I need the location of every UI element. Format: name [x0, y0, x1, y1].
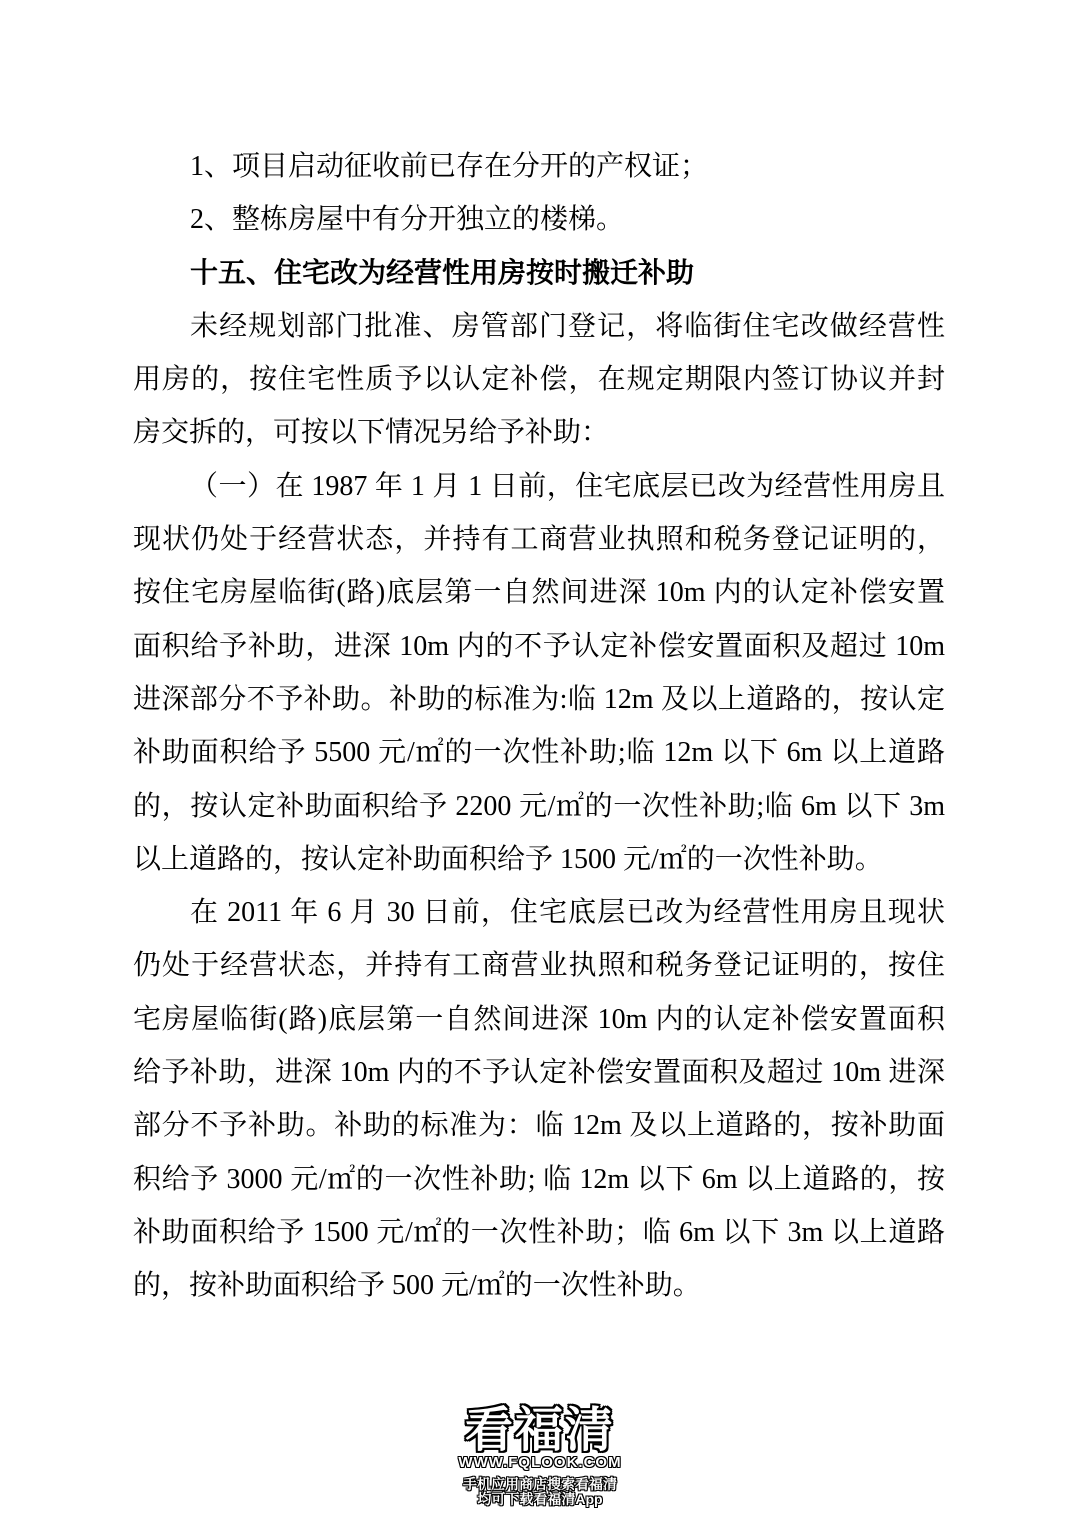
paragraph-2-line-4: 面积给予补助，进深 10m 内的不予认定补偿安置面积及超过 10m	[133, 620, 945, 673]
site-watermark: 看福清 WWW.FQLOOK.COM 手机应用商店搜索看福清 均可下载看福清Ap…	[0, 1406, 1080, 1507]
paragraph-3-line-7: 补助面积给予 1500 元/㎡的一次性补助；临 6m 以下 3m 以上道路	[133, 1206, 945, 1259]
paragraph-2-line-8: 以上道路的，按认定补助面积给予 1500 元/㎡的一次性补助。	[133, 833, 945, 886]
list-item-2: 2、整栋房屋中有分开独立的楼梯。	[133, 193, 945, 246]
list-item-1: 1、项目启动征收前已存在分开的产权证；	[133, 140, 945, 193]
paragraph-3-line-4: 给予补助，进深 10m 内的不予认定补偿安置面积及超过 10m 进深	[133, 1046, 945, 1099]
paragraph-1-line-3: 房交拆的，可按以下情况另给予补助：	[133, 406, 945, 459]
paragraph-2-line-5: 进深部分不予补助。补助的标准为:临 12m 及以上道路的，按认定	[133, 673, 945, 726]
watermark-tagline-1: 手机应用商店搜索看福清	[0, 1477, 1080, 1492]
paragraph-2-line-2: 现状仍处于经营状态，并持有工商营业执照和税务登记证明的，	[133, 513, 945, 566]
document-body: 1、项目启动征收前已存在分开的产权证； 2、整栋房屋中有分开独立的楼梯。 十五、…	[133, 140, 945, 1313]
paragraph-3-line-6: 积给予 3000 元/㎡的一次性补助; 临 12m 以下 6m 以上道路的，按	[133, 1153, 945, 1206]
watermark-logo-text: 看福清	[0, 1406, 1080, 1456]
paragraph-3-line-5: 部分不予补助。补助的标准为：临 12m 及以上道路的，按补助面	[133, 1099, 945, 1152]
paragraph-2-line-1: （一）在 1987 年 1 月 1 日前，住宅底层已改为经营性用房且	[133, 460, 945, 513]
paragraph-2-line-6: 补助面积给予 5500 元/㎡的一次性补助;临 12m 以下 6m 以上道路	[133, 726, 945, 779]
paragraph-2-line-3: 按住宅房屋临街(路)底层第一自然间进深 10m 内的认定补偿安置	[133, 566, 945, 619]
section-heading: 十五、住宅改为经营性用房按时搬迁补助	[133, 247, 945, 300]
watermark-tagline-2: 均可下载看福清App	[0, 1492, 1080, 1507]
paragraph-3-line-3: 宅房屋临街(路)底层第一自然间进深 10m 内的认定补偿安置面积	[133, 993, 945, 1046]
paragraph-3-line-8: 的，按补助面积给予 500 元/㎡的一次性补助。	[133, 1259, 945, 1312]
document-page: 1、项目启动征收前已存在分开的产权证； 2、整栋房屋中有分开独立的楼梯。 十五、…	[0, 0, 1080, 1527]
watermark-site-url: WWW.FQLOOK.COM	[0, 1456, 1080, 1469]
paragraph-3-line-1: 在 2011 年 6 月 30 日前，住宅底层已改为经营性用房且现状	[133, 886, 945, 939]
paragraph-3-line-2: 仍处于经营状态，并持有工商营业执照和税务登记证明的，按住	[133, 939, 945, 992]
paragraph-1-line-2: 用房的，按住宅性质予以认定补偿，在规定期限内签订协议并封	[133, 353, 945, 406]
paragraph-1-line-1: 未经规划部门批准、房管部门登记，将临街住宅改做经营性	[133, 300, 945, 353]
paragraph-2-line-7: 的，按认定补助面积给予 2200 元/㎡的一次性补助;临 6m 以下 3m	[133, 780, 945, 833]
